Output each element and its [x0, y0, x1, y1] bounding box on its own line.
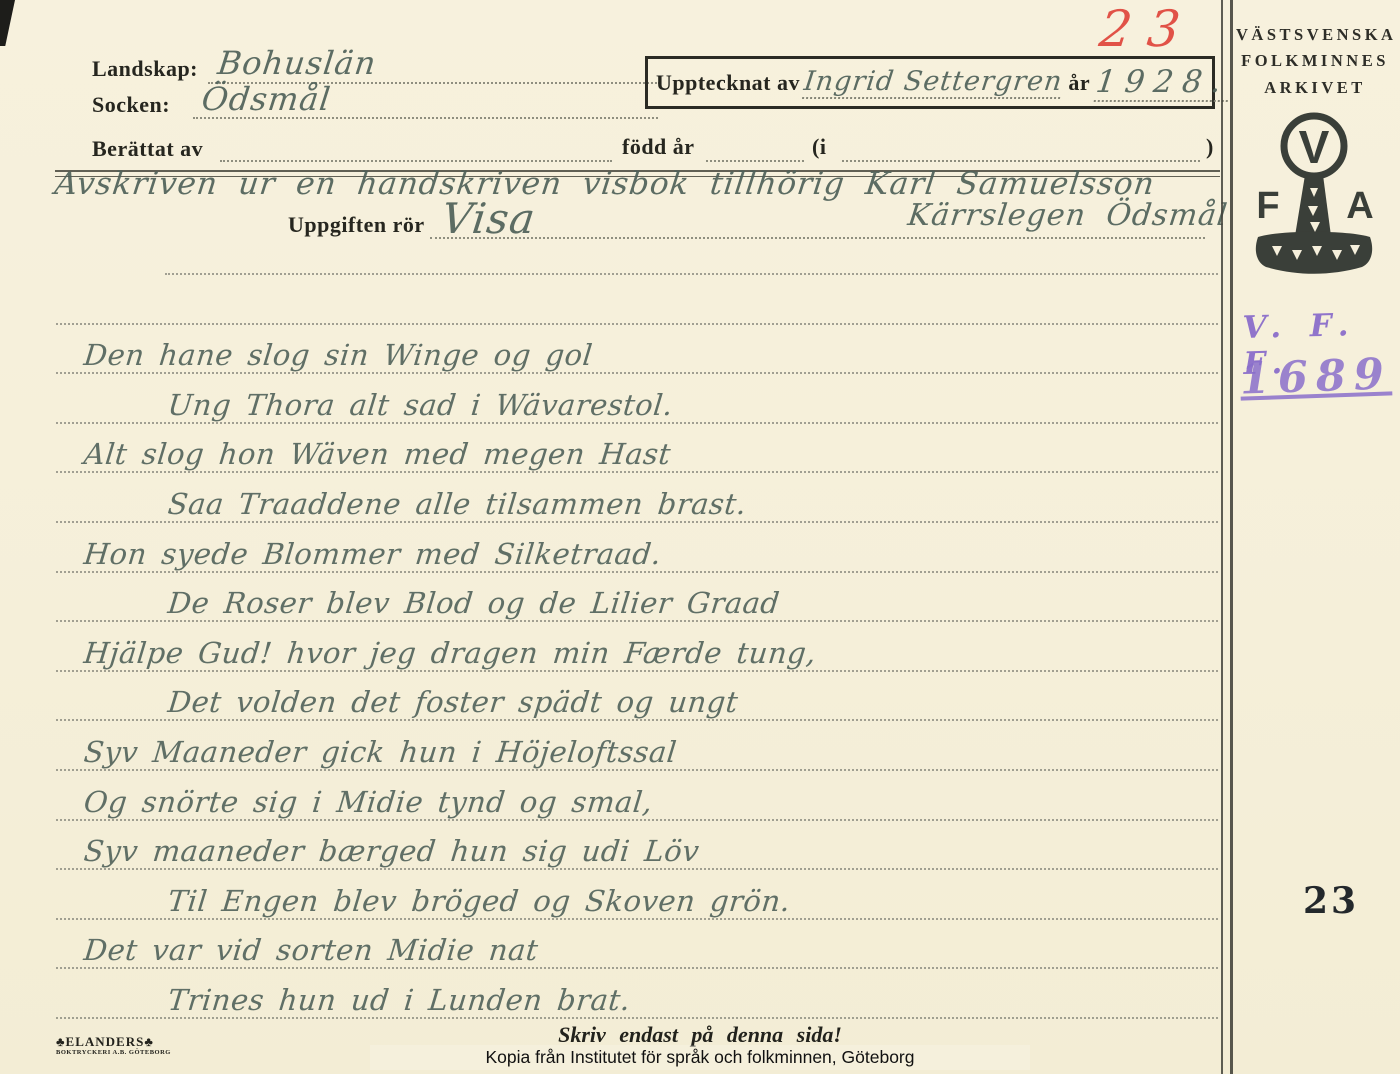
logo-letter-v: V	[1299, 121, 1330, 173]
logo-letter-a: A	[1346, 185, 1373, 227]
archive-name-line1: VÄSTSVENSKA	[1236, 22, 1394, 48]
printer-emblem-left-icon: ♣	[56, 1034, 66, 1049]
archive-name-line3: ARKIVET	[1236, 75, 1394, 101]
ruled-line	[56, 868, 1218, 870]
fodd-ar-field-line	[706, 160, 804, 162]
printer-subtext: BOKTRYCKERI A.B. GÖTEBORG	[56, 1049, 171, 1056]
ruled-line	[56, 670, 1218, 672]
uppgiften-field-line	[430, 237, 1205, 239]
ruled-line	[56, 1017, 1218, 1019]
manuscript-line: Syv Maaneder gick hun i Höjeloftssal	[82, 735, 678, 769]
manuscript-line: De Roser blev Blod og de Lilier Graad	[166, 586, 781, 620]
ruled-line	[56, 769, 1218, 771]
ar-value: 1928.	[1094, 64, 1232, 102]
manuscript-line: Alt slog hon Wäven med megen Hast	[82, 437, 672, 471]
vfa-hammer-logo-icon: V F A	[1246, 104, 1382, 300]
manuscript-line: Ung Thora alt sad i Wävarestol.	[166, 388, 674, 422]
manuscript-line: Og snörte sig i Midie tynd og smal,	[82, 785, 654, 819]
manuscript-line: Syv maaneder bærged hun sig udi Löv	[82, 834, 701, 868]
landskap-value: Bohuslän	[216, 44, 379, 82]
socken-label: Socken:	[92, 92, 170, 118]
ruled-line	[56, 719, 1218, 721]
ruled-line	[56, 471, 1218, 473]
upptecknat-box: Upptecknat av Ingrid Settergren år 1928.	[645, 56, 1215, 109]
manuscript-line: Det var vid sorten Midie nat	[82, 933, 540, 967]
page-number: 23	[1303, 880, 1359, 922]
ar-label: år	[1068, 70, 1090, 96]
archival-form-scan: Landskap: Bohuslän Socken: Ödsmål Berätt…	[0, 0, 1400, 1074]
ruled-line	[56, 323, 1218, 325]
ruled-line	[56, 521, 1218, 523]
berattat-field-line	[220, 160, 612, 162]
archive-name: VÄSTSVENSKA FOLKMINNES ARKIVET	[1236, 22, 1394, 101]
ruled-line	[56, 967, 1218, 969]
copy-watermark: Kopia från Institutet för språk och folk…	[370, 1045, 1030, 1070]
manuscript-line: Hjälpe Gud! hvor jeg dragen min Færde tu…	[82, 636, 818, 670]
manuscript-line: Det volden det foster spädt og ungt	[166, 685, 740, 719]
red-archive-number: 23	[1096, 0, 1199, 58]
manuscript-line: Den hane slog sin Winge og gol	[82, 338, 594, 372]
printer-emblem-right-icon: ♣	[144, 1034, 154, 1049]
upptecknat-label: Upptecknat av	[656, 70, 800, 96]
ruled-line	[56, 918, 1218, 920]
ruled-line	[56, 620, 1218, 622]
ruled-line	[56, 422, 1218, 424]
source-note-line1: Avskriven ur en handskriven visbok tillh…	[53, 166, 1227, 202]
uppgiften-value: Visa	[439, 194, 539, 243]
ruled-line	[56, 372, 1218, 374]
paren-close: )	[1206, 134, 1214, 160]
printer-mark: ♣ELANDERS♣ BOKTRYCKERI A.B. GÖTEBORG	[56, 1034, 171, 1056]
manuscript-line: Saa Traaddene alle tilsammen brast.	[166, 487, 748, 521]
socken-value: Ödsmål	[200, 80, 333, 118]
i-field-line	[842, 160, 1200, 162]
archive-name-line2: FOLKMINNES	[1236, 48, 1394, 74]
landskap-label: Landskap:	[92, 56, 198, 82]
berattat-av-label: Berättat av	[92, 136, 203, 162]
printer-name: ELANDERS	[66, 1034, 145, 1049]
scan-edge-top-left	[0, 0, 15, 46]
manuscript-line: Trines hun ud i Lunden brat.	[166, 983, 632, 1017]
logo-letter-f: F	[1256, 185, 1279, 227]
paren-open: (i	[812, 134, 826, 160]
accession-number-stamp: 1689	[1239, 349, 1392, 404]
manuscript-line: Til Engen blev bröged og Skoven grön.	[166, 884, 792, 918]
source-note-line2: Kärrslegen Ödsmål	[906, 198, 1230, 233]
uppgiften-ror-label: Uppgiften rör	[288, 212, 425, 238]
margin-divider	[1221, 0, 1233, 1074]
manuscript-line: Hon syede Blommer med Silketraad.	[82, 537, 663, 571]
ruled-line	[165, 273, 1218, 275]
fodd-ar-label: född år	[622, 134, 695, 160]
upptecknat-value: Ingrid Settergren	[802, 66, 1064, 99]
